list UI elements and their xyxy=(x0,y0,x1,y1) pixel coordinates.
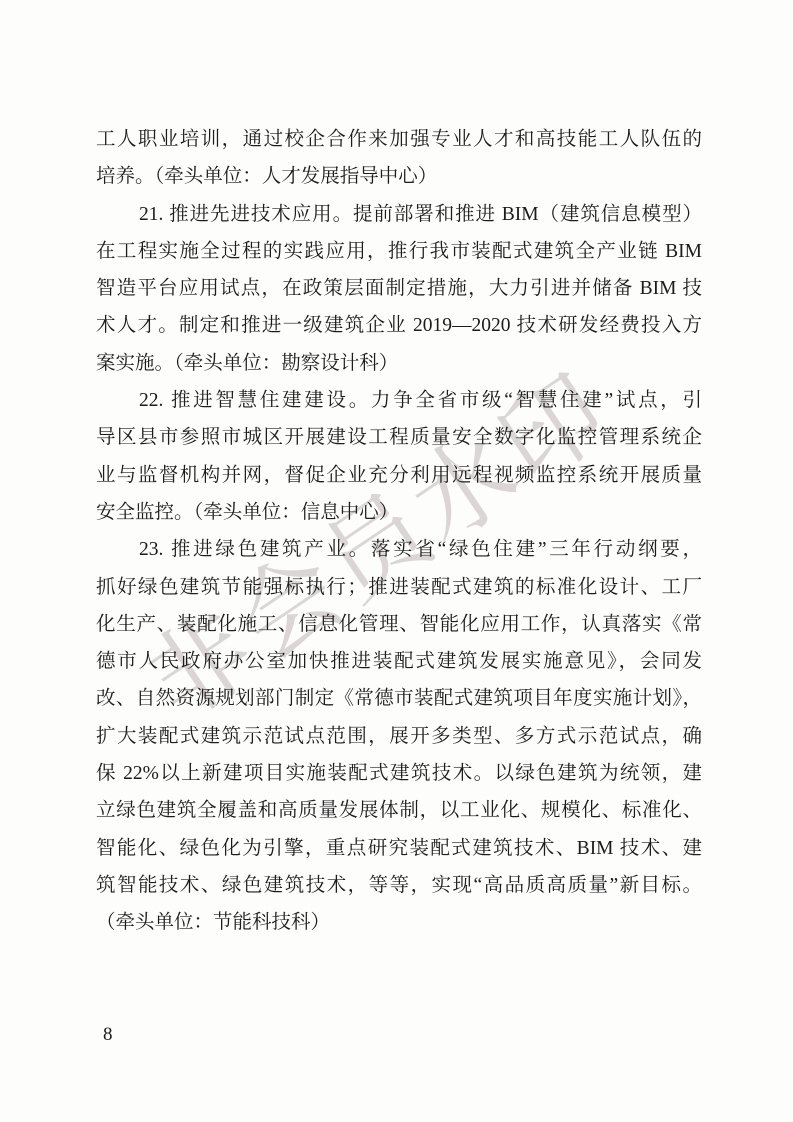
text-line: 术人才。制定和推进一级建筑企业 2019—2020 技术研发经费投入方 xyxy=(96,307,702,344)
document-page: 非会员水印 工人职业培训，通过校企合作来加强专业人才和高技能工人队伍的 培养。（… xyxy=(0,0,793,1122)
text-line: 智造平台应用试点，在政策层面制定措施，大力引进并储备 BIM 技 xyxy=(96,270,702,307)
text-line: 工人职业培训，通过校企合作来加强专业人才和高技能工人队伍的 xyxy=(96,121,702,158)
text-line: 保 22%以上新建项目实施装配式建筑技术。以绿色建筑为统领，建 xyxy=(96,755,702,792)
text-line: 在工程实施全过程的实践应用，推行我市装配式建筑全产业链 BIM xyxy=(96,233,702,270)
text-line: 立绿色建筑全履盖和高质量发展体制，以工业化、规模化、标准化、 xyxy=(96,792,702,829)
text-line: 改、自然资源规划部门制定《常德市装配式建筑项目年度实施计划》， xyxy=(96,680,702,717)
text-line: （牵头单位：节能科技科） xyxy=(96,904,702,941)
text-line: 案实施。（牵头单位：勘察设计科） xyxy=(96,345,702,382)
text-line: 扩大装配式建筑示范试点范围，展开多类型、多方式示范试点，确 xyxy=(96,718,702,755)
page-number: 8 xyxy=(103,1024,113,1046)
text-line: 23. 推进绿色建筑产业。落实省“绿色住建”三年行动纲要， xyxy=(96,531,702,568)
text-line: 业与监督机构并网，督促企业充分利用远程视频监控系统开展质量 xyxy=(96,457,702,494)
text-line: 22. 推进智慧住建建设。力争全省市级“智慧住建”试点，引 xyxy=(96,382,702,419)
text-line: 智能化、绿色化为引擎，重点研究装配式建筑技术、BIM 技术、建 xyxy=(96,830,702,867)
document-text: 工人职业培训，通过校企合作来加强专业人才和高技能工人队伍的 培养。（牵头单位：人… xyxy=(96,121,702,942)
text-line: 导区县市参照市城区开展建设工程质量安全数字化监控管理系统企 xyxy=(96,419,702,456)
text-line: 培养。（牵头单位：人才发展指导中心） xyxy=(96,158,702,195)
text-line: 安全监控。（牵头单位：信息中心） xyxy=(96,494,702,531)
text-line: 抓好绿色建筑节能强标执行；推进装配式建筑的标准化设计、工厂 xyxy=(96,569,702,606)
text-line: 化生产、装配化施工、信息化管理、智能化应用工作，认真落实《常 xyxy=(96,606,702,643)
text-line: 筑智能技术、绿色建筑技术，等等，实现“高品质高质量”新目标。 xyxy=(96,867,702,904)
text-line: 21. 推进先进技术应用。提前部署和推进 BIM（建筑信息模型） xyxy=(96,196,702,233)
text-line: 德市人民政府办公室加快推进装配式建筑发展实施意见》，会同发 xyxy=(96,643,702,680)
